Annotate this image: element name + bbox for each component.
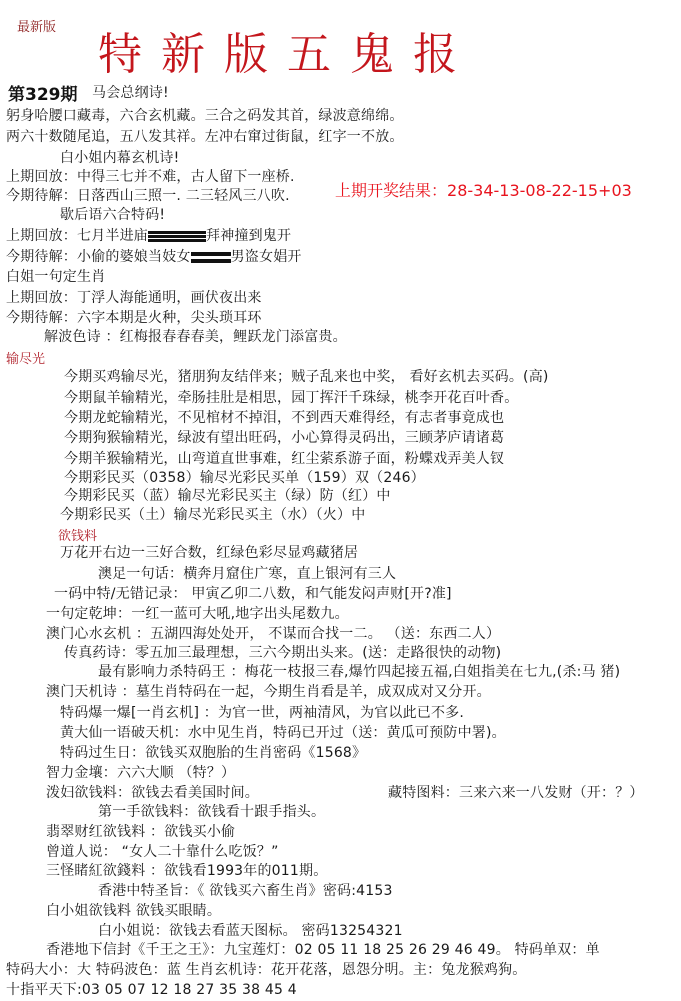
- money-tip: 香港地下信封《千王之王》：九宝莲灯：02 05 11 18 25 26 29 4…: [46, 941, 600, 959]
- poem-line: 躬身哈腰口藏毒，六合玄机藏。三合之码发其首，绿波意绵绵。: [6, 107, 404, 125]
- money-tip: 十指平天下:03 05 07 12 18 27 35 38 45 4: [6, 981, 297, 999]
- xiehouyu-current-text: 今期待解：小偷的婆娘当妓女: [6, 249, 191, 265]
- last-draw-numbers: 28-34-13-08-22-15+03: [447, 181, 632, 200]
- money-tip: 香港中特圣旨：《 欲钱买六畜生肖》密码:4153: [98, 882, 393, 900]
- lose-all-line: 今期龙蛇输精光，不见棺材不掉泪，不到西天难得经，有志者事竟成也: [64, 409, 504, 427]
- money-tip: 藏特图料：三来六来一八发财（开：？）: [388, 784, 644, 802]
- lose-all-heading: 输尽光: [6, 348, 45, 367]
- money-tip: 特码爆一爆[一肖玄机] ：为官一世，两袖清风，为官以此已不多.: [60, 704, 464, 722]
- zodiac-sentence-heading: 白姐一句定生肖: [6, 268, 105, 286]
- zodiac-sentence-last: 上期回放：丁浮人海能通明，画伏夜出来: [6, 289, 262, 307]
- money-tip: 三怪睹紅欲錢料 ：欲钱看1993年的011期。: [46, 862, 327, 880]
- xiehouyu-heading: 歇后语六合特码!: [60, 206, 165, 224]
- lose-all-line: 今期彩民买（蓝）输尽光彩民买主（绿）防（红）中: [64, 487, 391, 505]
- money-tip: 白小姐欲钱料 欲钱买眼睛。: [46, 902, 221, 920]
- money-tip: 第一手欲钱料：欲钱看十跟手指头。: [98, 803, 325, 821]
- money-tip: 澳门天机诗 ：墓生肖特码在一起，今期生肖看是羊，成双成对又分开。: [46, 683, 491, 701]
- money-tip: 一码中特/无错记录： 甲寅乙卯二八数，和气能发闷声财[开?准]: [54, 585, 452, 603]
- money-tip: 一句定乾坤：一红一蓝可大吼,地字出头尾数九。: [46, 605, 349, 623]
- page-title: 特新版五鬼报: [98, 30, 476, 80]
- wave-color-poem: 解波色诗 ：红梅报春春春美，鲤跃龙门添富贵。: [44, 328, 347, 346]
- money-tip: 澳门心水玄机 ：五湖四海处处开， 不谋而合找一二。 （送：东西二人）: [46, 625, 500, 643]
- redacted-bars: [191, 252, 231, 263]
- money-tip: 黄大仙一语破天机：水中见生肖，特码已开过（送：黄瓜可预防中署)。: [60, 724, 506, 742]
- lose-all-line: 今期彩民买（土）输尽光彩民买主（水）（火）中: [60, 506, 365, 524]
- money-tip: 特码过生日：欲钱买双胞胎的生肖密码《1568》: [60, 744, 366, 762]
- poem-line: 两六十数随尾追，五八发其祥。左冲右窜过街鼠，红字一不放。: [6, 128, 404, 146]
- money-tip: 特码大小：大 特码波色：蓝 生肖玄机诗：花开花落，恩怨分明。主：兔龙猴鸡狗。: [6, 961, 527, 979]
- edition-badge: 最新版: [17, 16, 56, 35]
- money-tip: 传真药诗：零五加三最理想，三六今期出头来。(送：走路很快的动物): [64, 644, 501, 662]
- xiehouyu-current: 今期待解：小偷的婆娘当妓女男盗女娼开: [6, 248, 302, 266]
- miss-bai-last: 上期回放：中得三七并不难，古人留下一座桥.: [6, 168, 295, 186]
- xiehouyu-current-answer: 男盗女娼开: [231, 249, 302, 265]
- lose-all-line: 今期羊猴输精光，山弯道直世事难，红尘萦系游子面，粉蝶戏弄美人钗: [64, 450, 504, 468]
- redacted-bars: [148, 231, 206, 242]
- money-tip: 白小姐说：欲钱去看蓝天图标。 密码13254321: [98, 922, 403, 940]
- lose-all-line: 今期狗猴输精光，绿波有望出旺码，小心算得灵码出，三顾茅庐请诸葛: [64, 429, 504, 447]
- lose-all-line: 今期鼠羊输精光，牵肠挂肚是相思，园丁挥汗千珠绿，桃李开花百叶香。: [64, 389, 518, 407]
- zodiac-sentence-current: 今期待解：六字本期是火种，尖头琐耳环: [6, 309, 262, 327]
- money-tip: 泼妇欲钱料：欲钱去看美国时间。: [46, 784, 259, 802]
- miss-bai-poem-heading: 白小姐内幕玄机诗!: [60, 149, 179, 167]
- issue-number: 第329期: [8, 80, 78, 105]
- money-tip: 澳足一句话：横奔月窟住广寒，直上银河有三人: [98, 565, 396, 583]
- money-tip: 曾道人说： “女人二十靠什么吃饭？”: [46, 843, 279, 861]
- money-tip: 翡翠财红欲钱料 ：欲钱买小偷: [46, 823, 235, 841]
- money-tip: 最有影响力杀特码王 ：梅花一枝报三春,爆竹四起接五福,白姐指美在七九,(杀:马 …: [98, 663, 620, 681]
- miss-bai-current: 今期待解：日落西山三照一. 二三轻风三八吹.: [6, 187, 290, 205]
- money-tip: 万花开右边一三好合数，红绿色彩尽显鸡藏猪居: [60, 544, 358, 562]
- lose-all-line: 今期买鸡输尽光，猪朋狗友结伴来；贼子乱来也中奖， 看好玄机去买码。(高): [64, 368, 549, 386]
- xiehouyu-last-answer: 拜神撞到鬼开: [206, 228, 291, 244]
- last-draw-result: 上期开奖结果：28-34-13-08-22-15+03: [335, 178, 632, 201]
- money-tips-heading: 欲钱料: [58, 525, 97, 544]
- xiehouyu-last-text: 上期回放：七月半进庙: [6, 228, 148, 244]
- poem-heading: 马会总纲诗!: [92, 84, 169, 102]
- money-tip: 智力金壤：六六大顺 （特？）: [46, 764, 235, 782]
- lose-all-line: 今期彩民买（0358）输尽光彩民买单（159）双（246）: [64, 469, 425, 487]
- last-draw-label: 上期开奖结果：: [335, 181, 447, 200]
- xiehouyu-last: 上期回放：七月半进庙拜神撞到鬼开: [6, 227, 291, 245]
